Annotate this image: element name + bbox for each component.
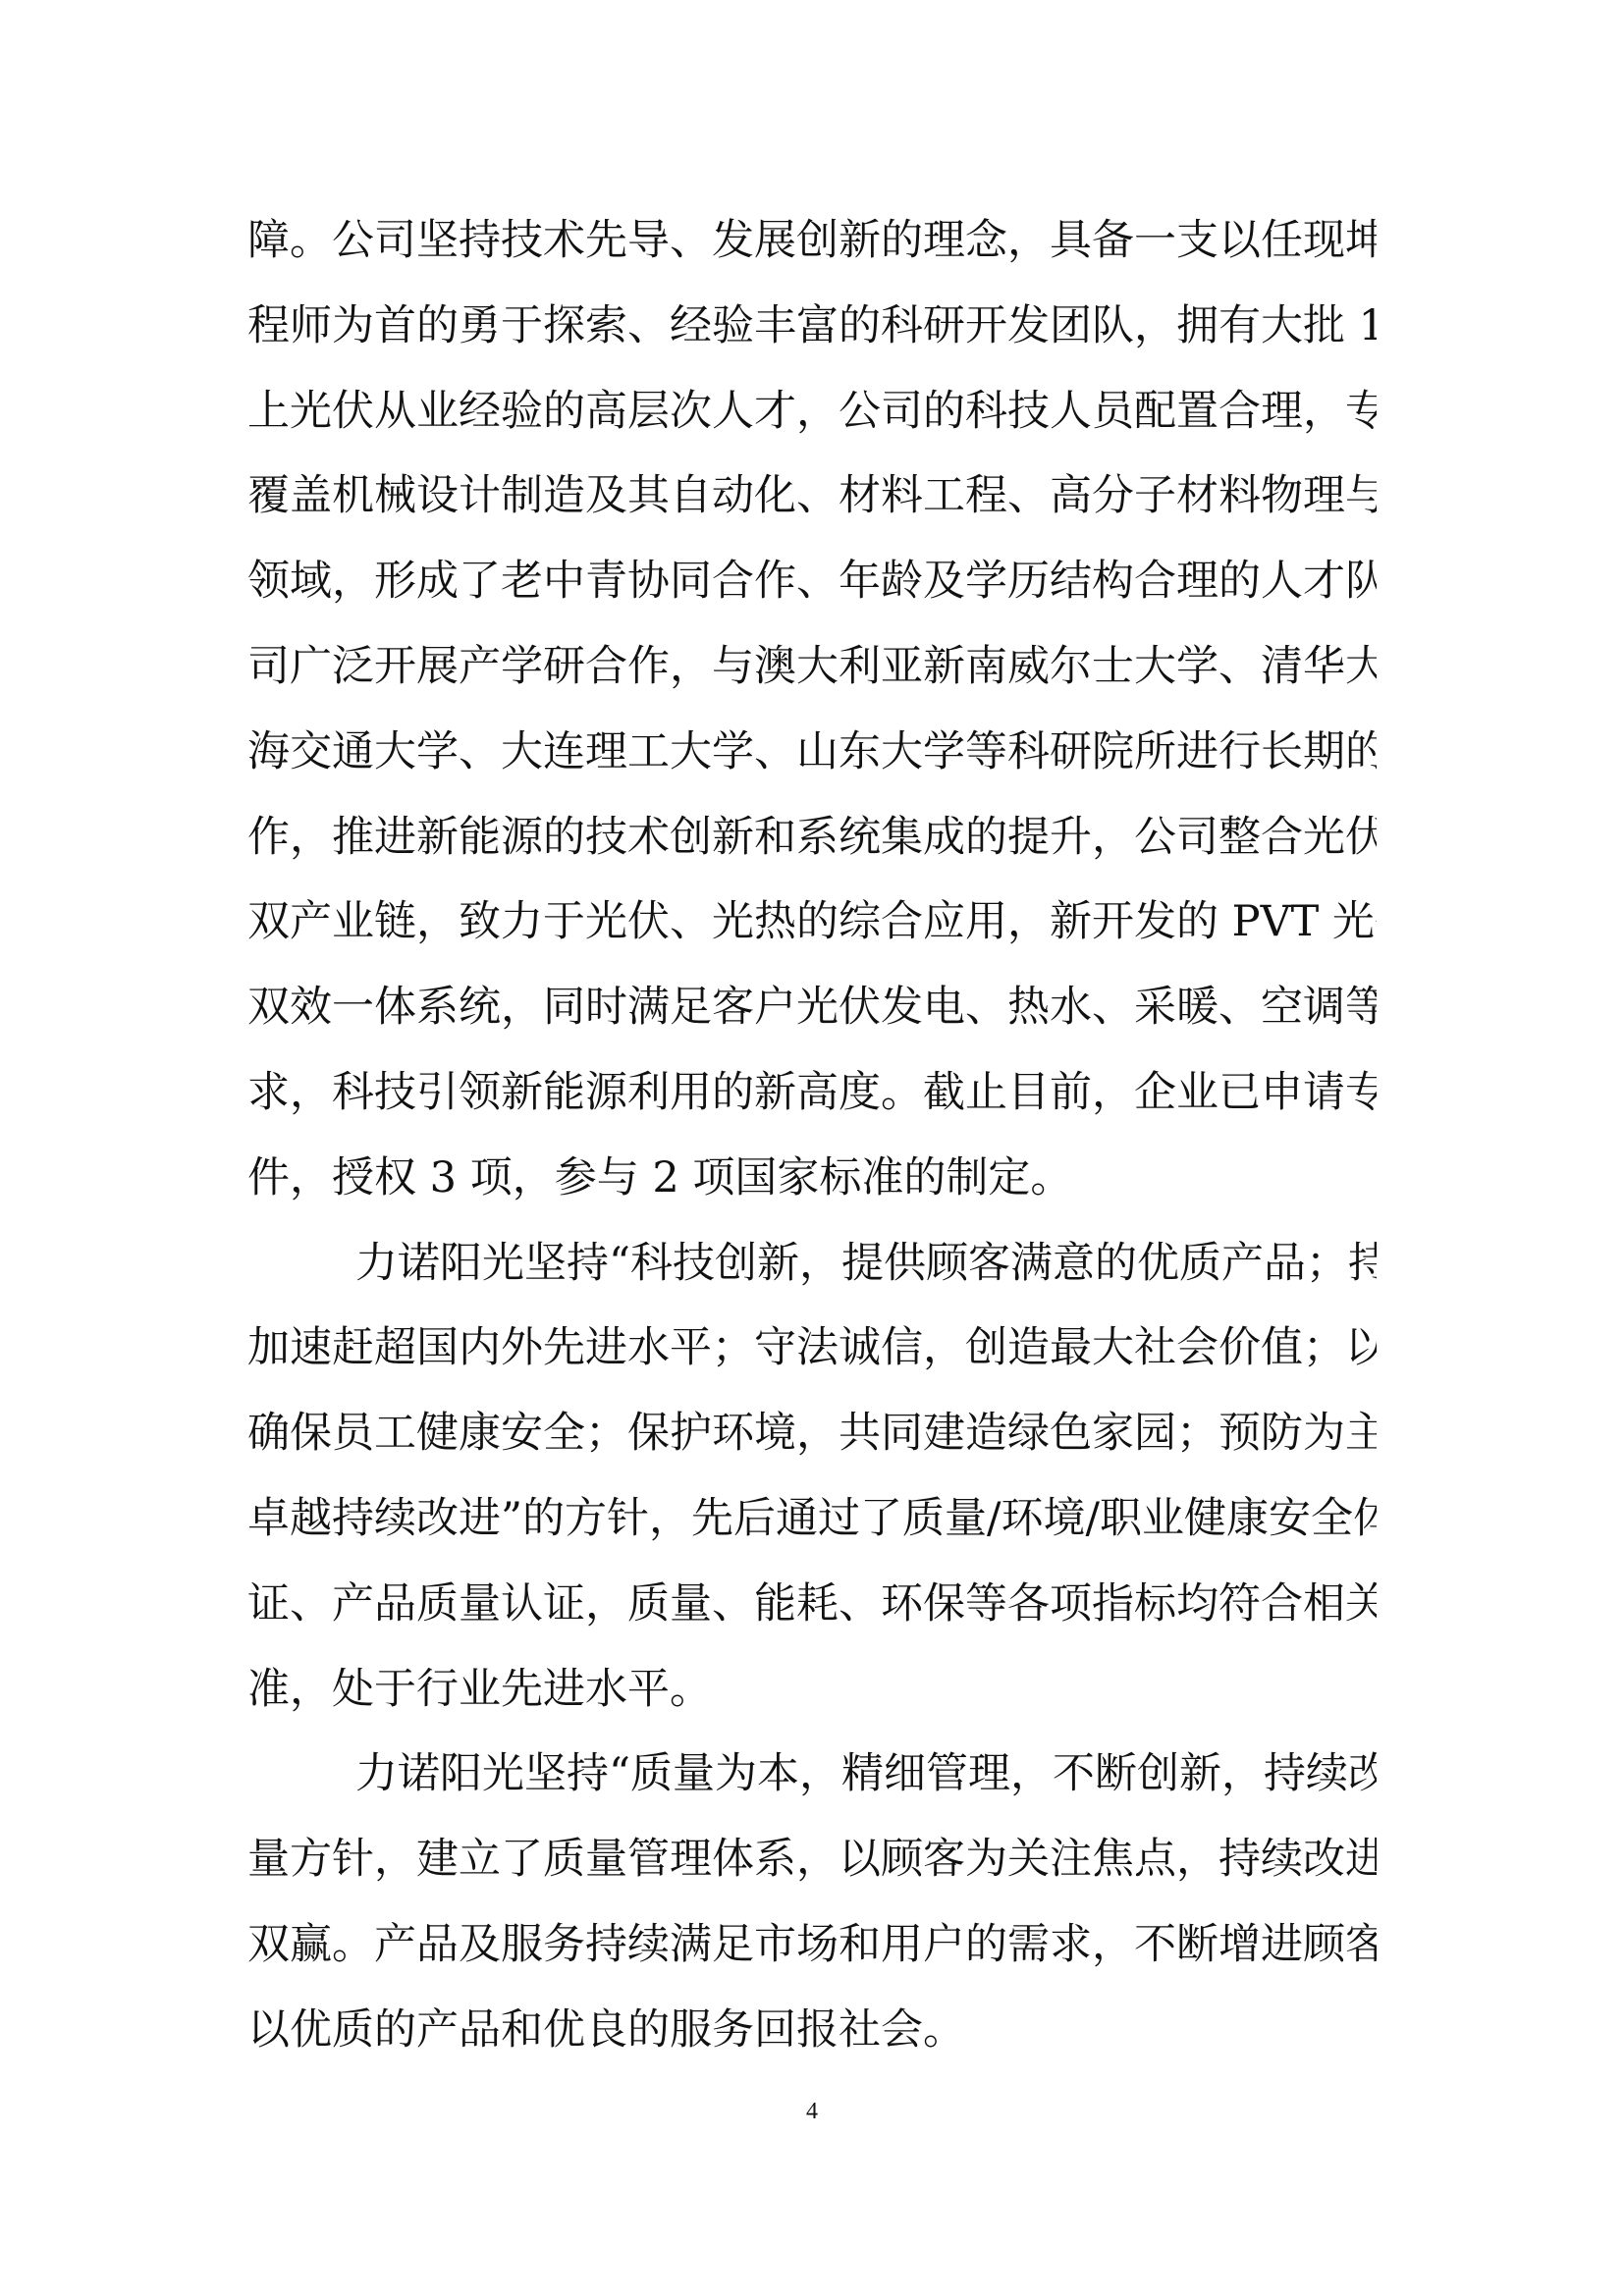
text-line: 确保员工健康安全；保护环境，共同建造绿色家园；预防为主，追求 bbox=[247, 1391, 1377, 1476]
document-page: 障。公司坚持技术先导、发展创新的理念，具备一支以任现坤高级工 程师为首的勇于探索… bbox=[0, 0, 1624, 2296]
paragraph-3: 力诺阳光坚持“质量为本，精细管理，不断创新，持续改进”的质 量方针，建立了质量管… bbox=[247, 1732, 1377, 2072]
text-line: 力诺阳光坚持“科技创新，提供顾客满意的优质产品；持续改进， bbox=[247, 1221, 1377, 1307]
text-line: 以优质的产品和优良的服务回报社会。 bbox=[247, 1988, 1377, 2073]
text-line: 障。公司坚持技术先导、发展创新的理念，具备一支以任现坤高级工 bbox=[247, 198, 1377, 284]
text-line: 作，推进新能源的技术创新和系统集成的提升，公司整合光伏、光热 bbox=[247, 795, 1377, 881]
paragraph-2: 力诺阳光坚持“科技创新，提供顾客满意的优质产品；持续改进， 加速赶超国内外先进水… bbox=[247, 1221, 1377, 1733]
text-line: 程师为首的勇于探索、经验丰富的科研开发团队，拥有大批 15 年以 bbox=[247, 284, 1377, 369]
text-line: 准，处于行业先进水平。 bbox=[247, 1647, 1377, 1733]
body-text: 障。公司坚持技术先导、发展创新的理念，具备一支以任现坤高级工 程师为首的勇于探索… bbox=[247, 198, 1377, 2073]
text-line: 证、产品质量认证，质量、能耗、环保等各项指标均符合相关国家标 bbox=[247, 1562, 1377, 1647]
text-line: 卓越持续改进”的方针，先后通过了质量/环境/职业健康安全体系认 bbox=[247, 1476, 1377, 1562]
text-line: 双赢。产品及服务持续满足市场和用户的需求，不断增进顾客满意度， bbox=[247, 1902, 1377, 1988]
text-line: 覆盖机械设计制造及其自动化、材料工程、高分子材料物理与化学等 bbox=[247, 454, 1377, 539]
text-line: 件，授权 3 项，参与 2 项国家标准的制定。 bbox=[247, 1136, 1377, 1221]
text-line: 力诺阳光坚持“质量为本，精细管理，不断创新，持续改进”的质 bbox=[247, 1732, 1377, 1817]
paragraph-1: 障。公司坚持技术先导、发展创新的理念，具备一支以任现坤高级工 程师为首的勇于探索… bbox=[247, 198, 1377, 1221]
text-line: 海交通大学、大连理工大学、山东大学等科研院所进行长期的研发合 bbox=[247, 710, 1377, 795]
text-line: 量方针，建立了质量管理体系，以顾客为关注焦点，持续改进，确保 bbox=[247, 1817, 1377, 1902]
text-line: 加速赶超国内外先进水平；守法诚信，创造最大社会价值；以人为本， bbox=[247, 1306, 1377, 1391]
text-line: 司广泛开展产学研合作，与澳大利亚新南威尔士大学、清华大学、上 bbox=[247, 624, 1377, 710]
text-line: 双产业链，致力于光伏、光热的综合应用，新开发的 PVT 光伏/光热 bbox=[247, 880, 1377, 965]
text-line: 求，科技引领新能源利用的新高度。截止目前，企业已申请专利 16 bbox=[247, 1050, 1377, 1136]
text-line: 领域，形成了老中青协同合作、年龄及学历结构合理的人才队伍。公 bbox=[247, 539, 1377, 624]
page-number: 4 bbox=[0, 2099, 1624, 2125]
text-line: 双效一体系统，同时满足客户光伏发电、热水、采暖、空调等多种需 bbox=[247, 965, 1377, 1050]
text-line: 上光伏从业经验的高层次人才，公司的科技人员配置合理，专业背景 bbox=[247, 369, 1377, 454]
